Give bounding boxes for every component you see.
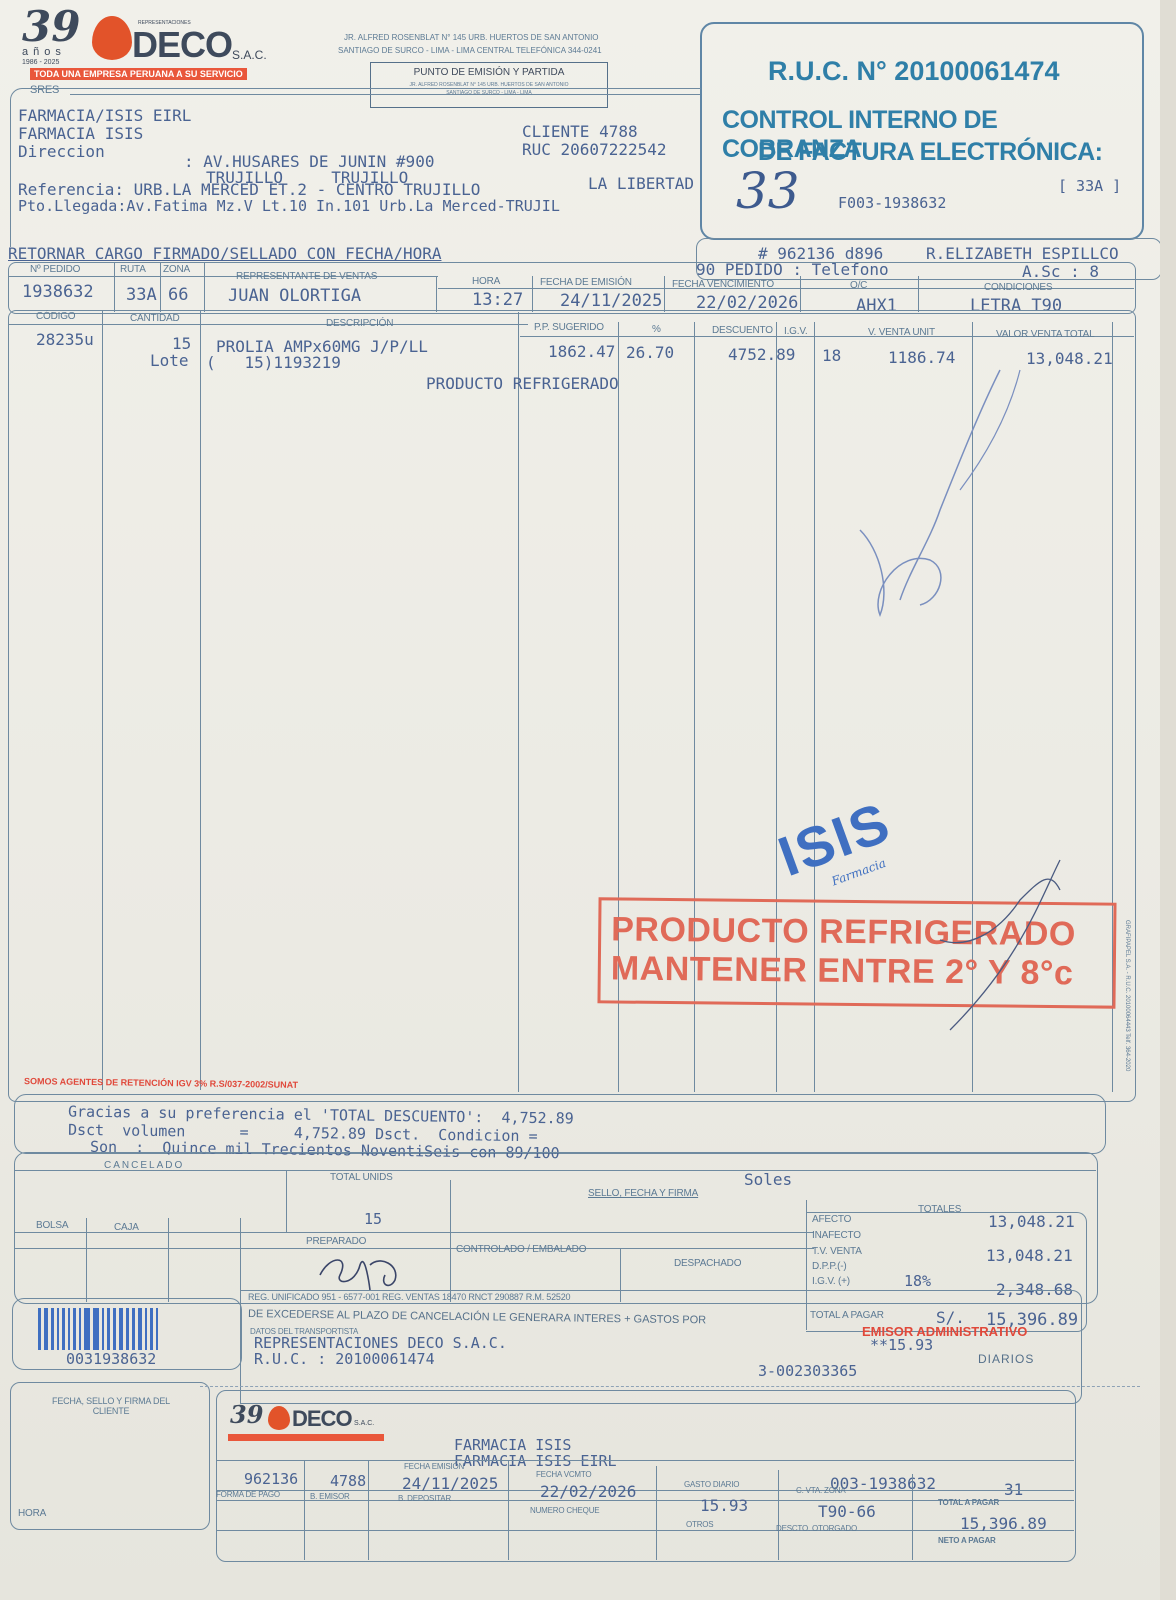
company-address-1: JR. ALFRED ROSENBLAT N° 145 URB. HUERTOS…: [344, 33, 599, 42]
table-surface: [1160, 0, 1176, 1600]
sello-label: SELLO, FECHA Y FIRMA: [588, 1188, 698, 1199]
igv-rate: 18%: [904, 1272, 931, 1290]
client-name-2: FARMACIA ISIS: [18, 124, 143, 143]
cell-pp-sugerido: 1862.47: [548, 342, 615, 361]
voucher-logo: 39 DECO S.A.C.: [228, 1400, 408, 1450]
ruc-number: R.U.C. N° 20100061474: [768, 56, 1059, 87]
cell-codigo: 28235u: [36, 330, 94, 349]
contact-name: R.ELIZABETH ESPILLCO: [926, 244, 1119, 263]
label-emision: FECHA DE EMISIÓN: [540, 277, 632, 288]
v-fecha-vcmto: 22/02/2026: [540, 1482, 636, 1501]
label-condiciones: CONDICIONES: [984, 282, 1052, 293]
value-ruta: 33A: [126, 285, 157, 305]
ruc-box: R.U.C. N° 20100061474 CONTROL INTERNO DE…: [700, 22, 1144, 240]
client-name-1: FARMACIA/ISIS EIRL: [18, 106, 191, 125]
voucher-logo-name: DECO: [292, 1406, 352, 1432]
v-label-forma-pago: FORMA DE PAGO: [216, 1490, 280, 1499]
tv-venta-value: 13,048.21: [986, 1246, 1073, 1265]
signature-scribble: [840, 350, 1040, 630]
value-hora: 13:27: [472, 290, 523, 310]
logo-years: 39: [22, 2, 80, 51]
v-label-b-depositar: B. DEPOSITAR: [398, 1494, 451, 1503]
cell-descuento: 4752.89: [728, 345, 795, 364]
cell-igv: 18: [822, 346, 841, 365]
reg-line: REG. UNIFICADO 951 - 6577-001 REG. VENTA…: [248, 1292, 570, 1302]
value-rep: JUAN OLORTIGA: [228, 286, 361, 306]
preparado-signature: [310, 1245, 420, 1295]
direccion-label: Direccion: [18, 142, 105, 161]
voucher-tagline: [228, 1434, 384, 1441]
ruc-title-line-2: DE FACTURA ELECTRÓNICA:: [758, 138, 1103, 167]
barcode-number: 0031938632: [66, 1350, 156, 1368]
totales-title: TOTALES: [918, 1204, 961, 1215]
col-igv: I.G.V.: [784, 326, 807, 337]
label-ruta: RUTA: [120, 264, 146, 275]
hora-label: HORA: [18, 1508, 46, 1519]
label-pedido: Nº PEDIDO: [30, 264, 80, 275]
value-emision: 24/11/2025: [560, 291, 662, 311]
client-ruc: RUC 20607222542: [522, 140, 667, 159]
perforation-line: [200, 1386, 1140, 1387]
col-pp-sugerido: P.P. SUGERIDO: [534, 322, 604, 333]
value-pedido: 1938632: [22, 282, 94, 302]
refrigerated-note: PRODUCTO REFRIGERADO: [426, 374, 619, 393]
v-label-fecha-vcmto: FECHA VCMTO: [536, 1470, 591, 1479]
side-print: GRAFIPAPEL S.A. - R.U.C. 20100064443 Tel…: [1124, 920, 1130, 1071]
col-cantidad: CANTIDAD: [130, 313, 180, 324]
stamp-signature: [880, 840, 1080, 1040]
v-fecha-emision: 24/11/2025: [402, 1474, 498, 1493]
col-codigo: CÓDIGO: [36, 311, 75, 322]
afecto-value: 13,048.21: [988, 1212, 1075, 1231]
cell-pct: 26.70: [626, 343, 674, 362]
v-code-2: 4788: [330, 1472, 366, 1490]
tv-venta-label: T.V. VENTA: [812, 1246, 862, 1257]
emission-title: PUNTO DE EMISIÓN Y PARTIDA: [371, 67, 607, 78]
return-notice: RETORNAR CARGO FIRMADO/SELLADO CON FECHA…: [8, 244, 441, 263]
afecto-label: AFECTO: [812, 1214, 851, 1225]
v-label-numero-cheque: NUMERO CHEQUE: [530, 1506, 599, 1515]
v-label-descto: DESCTO. OTORGADO: [776, 1524, 857, 1533]
v-code-1: 962136: [244, 1470, 298, 1488]
dpp-label: D.P.P.(-): [812, 1261, 847, 1272]
v-total-pagar: 15,396.89: [960, 1514, 1047, 1533]
tagline-banner: TODA UNA EMPRESA PERUANA A SU SERVICIO: [30, 68, 247, 80]
v-c-vta-zona: T90-66: [818, 1502, 876, 1521]
barcode: [38, 1308, 158, 1350]
client-code: CLIENTE 4788: [522, 122, 638, 141]
col-vv-unit: V. VENTA UNIT: [868, 327, 935, 338]
bolsa-label: BOLSA: [36, 1220, 68, 1231]
handwritten-route: 33: [736, 162, 800, 220]
controlado-label: CONTROLADO / EMBALADO: [456, 1244, 586, 1255]
route-code: [ 33A ]: [1058, 177, 1121, 195]
voucher-client-2: FARMACIA ISIS EIRL: [454, 1452, 617, 1470]
inafecto-label: INAFECTO: [812, 1230, 861, 1241]
client-sign-label: FECHA, SELLO Y FIRMA DEL CLIENTE: [46, 1396, 176, 1416]
v-label-neto: NETO A PAGAR: [938, 1536, 996, 1545]
col-pct: %: [652, 324, 661, 335]
label-vencimiento: FECHA VENCIMIENTO: [672, 279, 774, 290]
value-zona: 66: [168, 285, 188, 305]
logo-anos: años: [22, 46, 66, 58]
voucher-logo-suffix: S.A.C.: [354, 1420, 374, 1427]
igv-label: I.G.V. (+): [812, 1276, 850, 1287]
transport-ruc: R.U.C. : 20100061474: [254, 1350, 435, 1368]
ref-number: 3-002303365: [758, 1362, 857, 1380]
v-label-otros: OTROS: [686, 1520, 713, 1529]
label-rep: REPRESENTANTE DE VENTAS: [236, 271, 377, 282]
pto-llegada: Pto.Llegada:Av.Fatima Mz.V Lt.10 In.101 …: [18, 197, 560, 215]
total-unids-label: TOTAL UNIDS: [330, 1172, 393, 1183]
invoice-number: F003-1938632: [838, 194, 946, 212]
voucher-drop-icon: [268, 1406, 290, 1430]
cell-lote-value: ( 15)1193219: [206, 353, 341, 372]
logo-suffix: S.A.C.: [232, 48, 267, 62]
col-descripcion: DESCRIPCIÓN: [326, 318, 393, 329]
col-descuento: DESCUENTO: [712, 325, 773, 336]
label-zona: ZONA: [163, 264, 190, 275]
voucher-logo-years: 39: [230, 1400, 263, 1429]
despachado-label: DESPACHADO: [674, 1258, 741, 1269]
logo-name: DECO: [132, 24, 232, 66]
v-label-gasto-diario: GASTO DIARIO: [684, 1480, 739, 1489]
diarios-label: DIARIOS: [978, 1352, 1034, 1366]
drop-icon: [92, 16, 132, 60]
v-label-b-emisor: B. EMISOR: [310, 1492, 350, 1501]
emisor-label: EMISOR ADMINISTRATIVO: [862, 1324, 1027, 1339]
total-unids-value: 15: [364, 1210, 382, 1228]
client-region: LA LIBERTAD: [588, 174, 694, 193]
invoice-document: 39 años 1986 - 2025 REPRESENTACIONES DEC…: [0, 0, 1160, 1600]
cancelado-label: CANCELADO: [104, 1160, 184, 1171]
v-label-total-pagar: TOTAL A PAGAR: [938, 1498, 999, 1507]
logo-range: 1986 - 2025: [22, 59, 59, 66]
v-label-fecha-emision: FECHA EMISIÓN: [404, 1462, 464, 1471]
company-logo: 39 años 1986 - 2025 REPRESENTACIONES DEC…: [20, 2, 290, 92]
caja-label: CAJA: [114, 1222, 139, 1233]
label-oc: O/C: [850, 280, 867, 291]
company-address-2: SANTIAGO DE SURCO - LIMA - LIMA CENTRAL …: [338, 46, 602, 55]
v-label-c-vta-zona: C. VTA. ZONA: [796, 1486, 845, 1495]
cell-lote-label: Lote: [150, 351, 189, 370]
col-vv-total: VALOR VENTA TOTAL: [996, 329, 1095, 340]
label-hora: HORA: [472, 276, 500, 287]
v-gasto-diario: 15.93: [700, 1496, 748, 1515]
